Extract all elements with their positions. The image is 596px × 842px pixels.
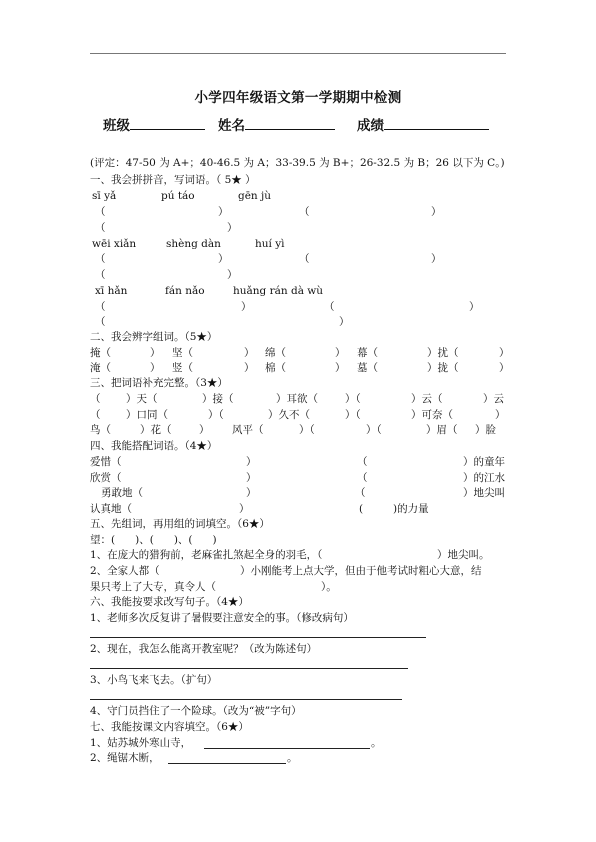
name-label: 姓名 — [218, 118, 245, 134]
section3-heading: 三、把词语补充完整。（3★） — [90, 376, 228, 390]
name-field[interactable]: 姓名 — [218, 114, 335, 134]
score-field[interactable]: 成绩 — [357, 114, 489, 134]
answer-paren-close: ） — [469, 300, 480, 314]
match-left[interactable]: 爱惜（ — [90, 455, 122, 469]
match-left[interactable]: 欣赏（ — [90, 471, 122, 485]
class-label: 班级 — [103, 118, 130, 134]
pinyin-3-3: huǎng rán dà wù — [233, 284, 323, 298]
rewrite-item: 2、现在，我怎么能离开教室呢？（改为陈述句） — [90, 642, 317, 656]
pinyin-2-3: huí yì — [255, 237, 285, 251]
char-item[interactable]: ）扰（ — [427, 346, 459, 360]
answer-paren-close: ） — [431, 252, 442, 266]
idiom-part[interactable]: 鸟（ — [90, 423, 111, 437]
q5-1-end: ）地尖叫。 — [437, 548, 490, 562]
pinyin-1-3: gēn jù — [238, 189, 271, 203]
idiom-part: ）脸 — [475, 423, 496, 437]
answer-paren-close: ） — [241, 300, 252, 314]
idiom-part[interactable]: ）可奈（ — [411, 408, 453, 422]
section7-heading: 七、我能按课文内容填空。（6★） — [90, 720, 249, 734]
match-left-close: ） — [246, 486, 257, 500]
recite-end: 。 — [287, 751, 298, 765]
q5-1[interactable]: 1、在庞大的猎狗前，老麻雀扎煞起全身的羽毛，（ — [90, 548, 322, 562]
pinyin-2-2: shèng dàn — [166, 237, 221, 251]
idiom-part[interactable]: ）天（ — [126, 392, 158, 406]
answer-paren-close: ） — [431, 205, 442, 219]
match-right-open[interactable]: （ — [357, 455, 368, 469]
idiom-part: ） — [199, 423, 210, 437]
match-left-close: ） — [239, 502, 250, 516]
idiom-part[interactable]: ）接（ — [202, 392, 234, 406]
section6-heading: 六、我能按要求改写句子。（4★） — [90, 595, 249, 609]
answer-paren-open[interactable]: （ — [299, 252, 310, 266]
q5-2[interactable]: 2、全家人都（ — [90, 564, 160, 578]
idiom-part[interactable]: ）眉（ — [426, 423, 458, 437]
char-close: ） — [150, 361, 161, 375]
recite-item: 2、绳锯木断， — [90, 751, 160, 765]
page-title: 小学四年级语文第一学期期中检测 — [0, 86, 596, 106]
rewrite-item: 1、老师多次反复讲了暑假要注意安全的事。（修改病句） — [90, 611, 354, 625]
idiom-part[interactable]: ）（ — [345, 408, 361, 422]
answer-paren-close: ） — [227, 221, 238, 235]
section1-heading: 一、我会拼拼音，写词语。（ 5★ ） — [90, 173, 256, 187]
pinyin-3-2: fán nǎo — [165, 284, 205, 298]
name-blank[interactable] — [245, 115, 335, 130]
char-item[interactable]: 淹（ — [90, 361, 111, 375]
char-item[interactable]: 掩（ — [90, 346, 111, 360]
match-right-open[interactable]: （ — [357, 471, 368, 485]
answer-paren-close: ） — [218, 205, 229, 219]
idiom-part[interactable]: ）（ — [366, 423, 382, 437]
char-item[interactable]: 坚（ — [172, 346, 193, 360]
answer-paren-open[interactable]: （ — [95, 205, 106, 219]
char-close: ） — [244, 361, 255, 375]
answer-paren-open[interactable]: （ — [95, 221, 106, 235]
header-rule — [90, 53, 506, 54]
grading-note: (评定：47-50 为 A+；40-46.5 为 A；33-39.5 为 B+；… — [90, 156, 505, 170]
char-close: ） — [499, 346, 510, 360]
answer-paren-close: ） — [227, 268, 238, 282]
section4-heading: 四、我能搭配词语。（4★） — [90, 439, 217, 453]
rewrite-item: 3、小鸟飞来飞去。（扩句） — [90, 673, 217, 687]
match-right: ）地尖叫 — [463, 486, 505, 500]
section5-heading: 五、先组词，再用组的词填空。（6★） — [90, 517, 270, 531]
char-item[interactable]: ）拢（ — [427, 361, 459, 375]
idiom-part[interactable]: 风平（ — [232, 423, 264, 437]
char-close: ） — [499, 361, 510, 375]
idiom-part: ）云 — [483, 392, 504, 406]
answer-paren-open[interactable]: （ — [324, 300, 335, 314]
answer-line[interactable] — [204, 748, 370, 749]
char-item[interactable]: 幕（ — [357, 346, 378, 360]
answer-paren-open[interactable]: （ — [95, 300, 106, 314]
match-right-open[interactable]: （ — [355, 486, 366, 500]
idiom-part[interactable]: ）云（ — [411, 392, 443, 406]
recite-item: 1、姑苏城外寒山寺， — [90, 736, 191, 750]
idiom-part: ） — [495, 408, 506, 422]
match-left-close: ） — [246, 455, 257, 469]
idiom-part[interactable]: ）口同（ — [126, 408, 168, 422]
q5-2-cont[interactable]: 果只考上了大专，真令人（ — [90, 580, 216, 594]
answer-paren-open[interactable]: （ — [299, 205, 310, 219]
match-right: ）的童年 — [463, 455, 505, 469]
q5-2-mid: ）小刚能考上点大学，但由于他考试时粗心大意，结 — [240, 564, 482, 578]
match-left[interactable]: 勇敢地（ — [101, 486, 143, 500]
idiom-part[interactable]: ）耳欲（ — [276, 392, 318, 406]
rewrite-item: 4、守门员挡住了一个险球。（改为“被”字句） — [90, 704, 302, 718]
char-item[interactable]: 棉（ — [265, 361, 286, 375]
char-close: ） — [335, 346, 346, 360]
match-left-close: ） — [246, 471, 257, 485]
char-item[interactable]: 竖（ — [172, 361, 193, 375]
match-left[interactable]: 认真地（ — [90, 502, 132, 516]
match-right-open[interactable]: ( — [359, 502, 363, 516]
pinyin-1-2: pú táo — [161, 189, 195, 203]
char-item[interactable]: 墓（ — [357, 361, 378, 375]
char-item[interactable]: 绵（ — [265, 346, 286, 360]
answer-line[interactable] — [168, 763, 286, 764]
q5-2-end: ）。 — [321, 580, 337, 594]
answer-line[interactable] — [90, 699, 402, 700]
score-blank[interactable] — [384, 115, 489, 130]
match-right: ）的江水 — [463, 471, 505, 485]
class-blank[interactable] — [130, 115, 205, 130]
pinyin-3-1: xī hǎn — [95, 284, 127, 298]
idiom-part[interactable]: ）久不（ — [268, 408, 310, 422]
idiom-part[interactable]: ）（ — [208, 408, 224, 422]
char-close: ） — [244, 346, 255, 360]
answer-line[interactable] — [90, 668, 408, 669]
idiom-part[interactable]: ）（ — [299, 423, 315, 437]
idiom-part[interactable]: ）（ — [345, 392, 361, 406]
answer-paren-close: ） — [218, 252, 229, 266]
answer-paren-open[interactable]: （ — [95, 268, 106, 282]
score-label: 成绩 — [357, 118, 384, 134]
answer-paren-open[interactable]: （ — [95, 315, 106, 329]
idiom-part[interactable]: （ — [90, 408, 101, 422]
pinyin-1-1: sī yǎ — [92, 189, 116, 203]
idiom-part[interactable]: （ — [90, 392, 101, 406]
pinyin-2-1: wēi xiǎn — [92, 237, 136, 251]
answer-paren-close: ） — [339, 315, 350, 329]
char-close: ） — [335, 361, 346, 375]
class-field[interactable]: 班级 — [103, 114, 205, 134]
answer-paren-open[interactable]: （ — [95, 252, 106, 266]
word-line[interactable]: 望：( )、( )、( ) — [90, 533, 217, 547]
recite-end: 。 — [371, 736, 382, 750]
section2-heading: 二、我会辨字组词。（5★） — [90, 330, 217, 344]
idiom-part[interactable]: ）花（ — [140, 423, 172, 437]
answer-line[interactable] — [90, 637, 426, 638]
match-right: )的力量 — [393, 502, 429, 516]
char-close: ） — [150, 346, 161, 360]
